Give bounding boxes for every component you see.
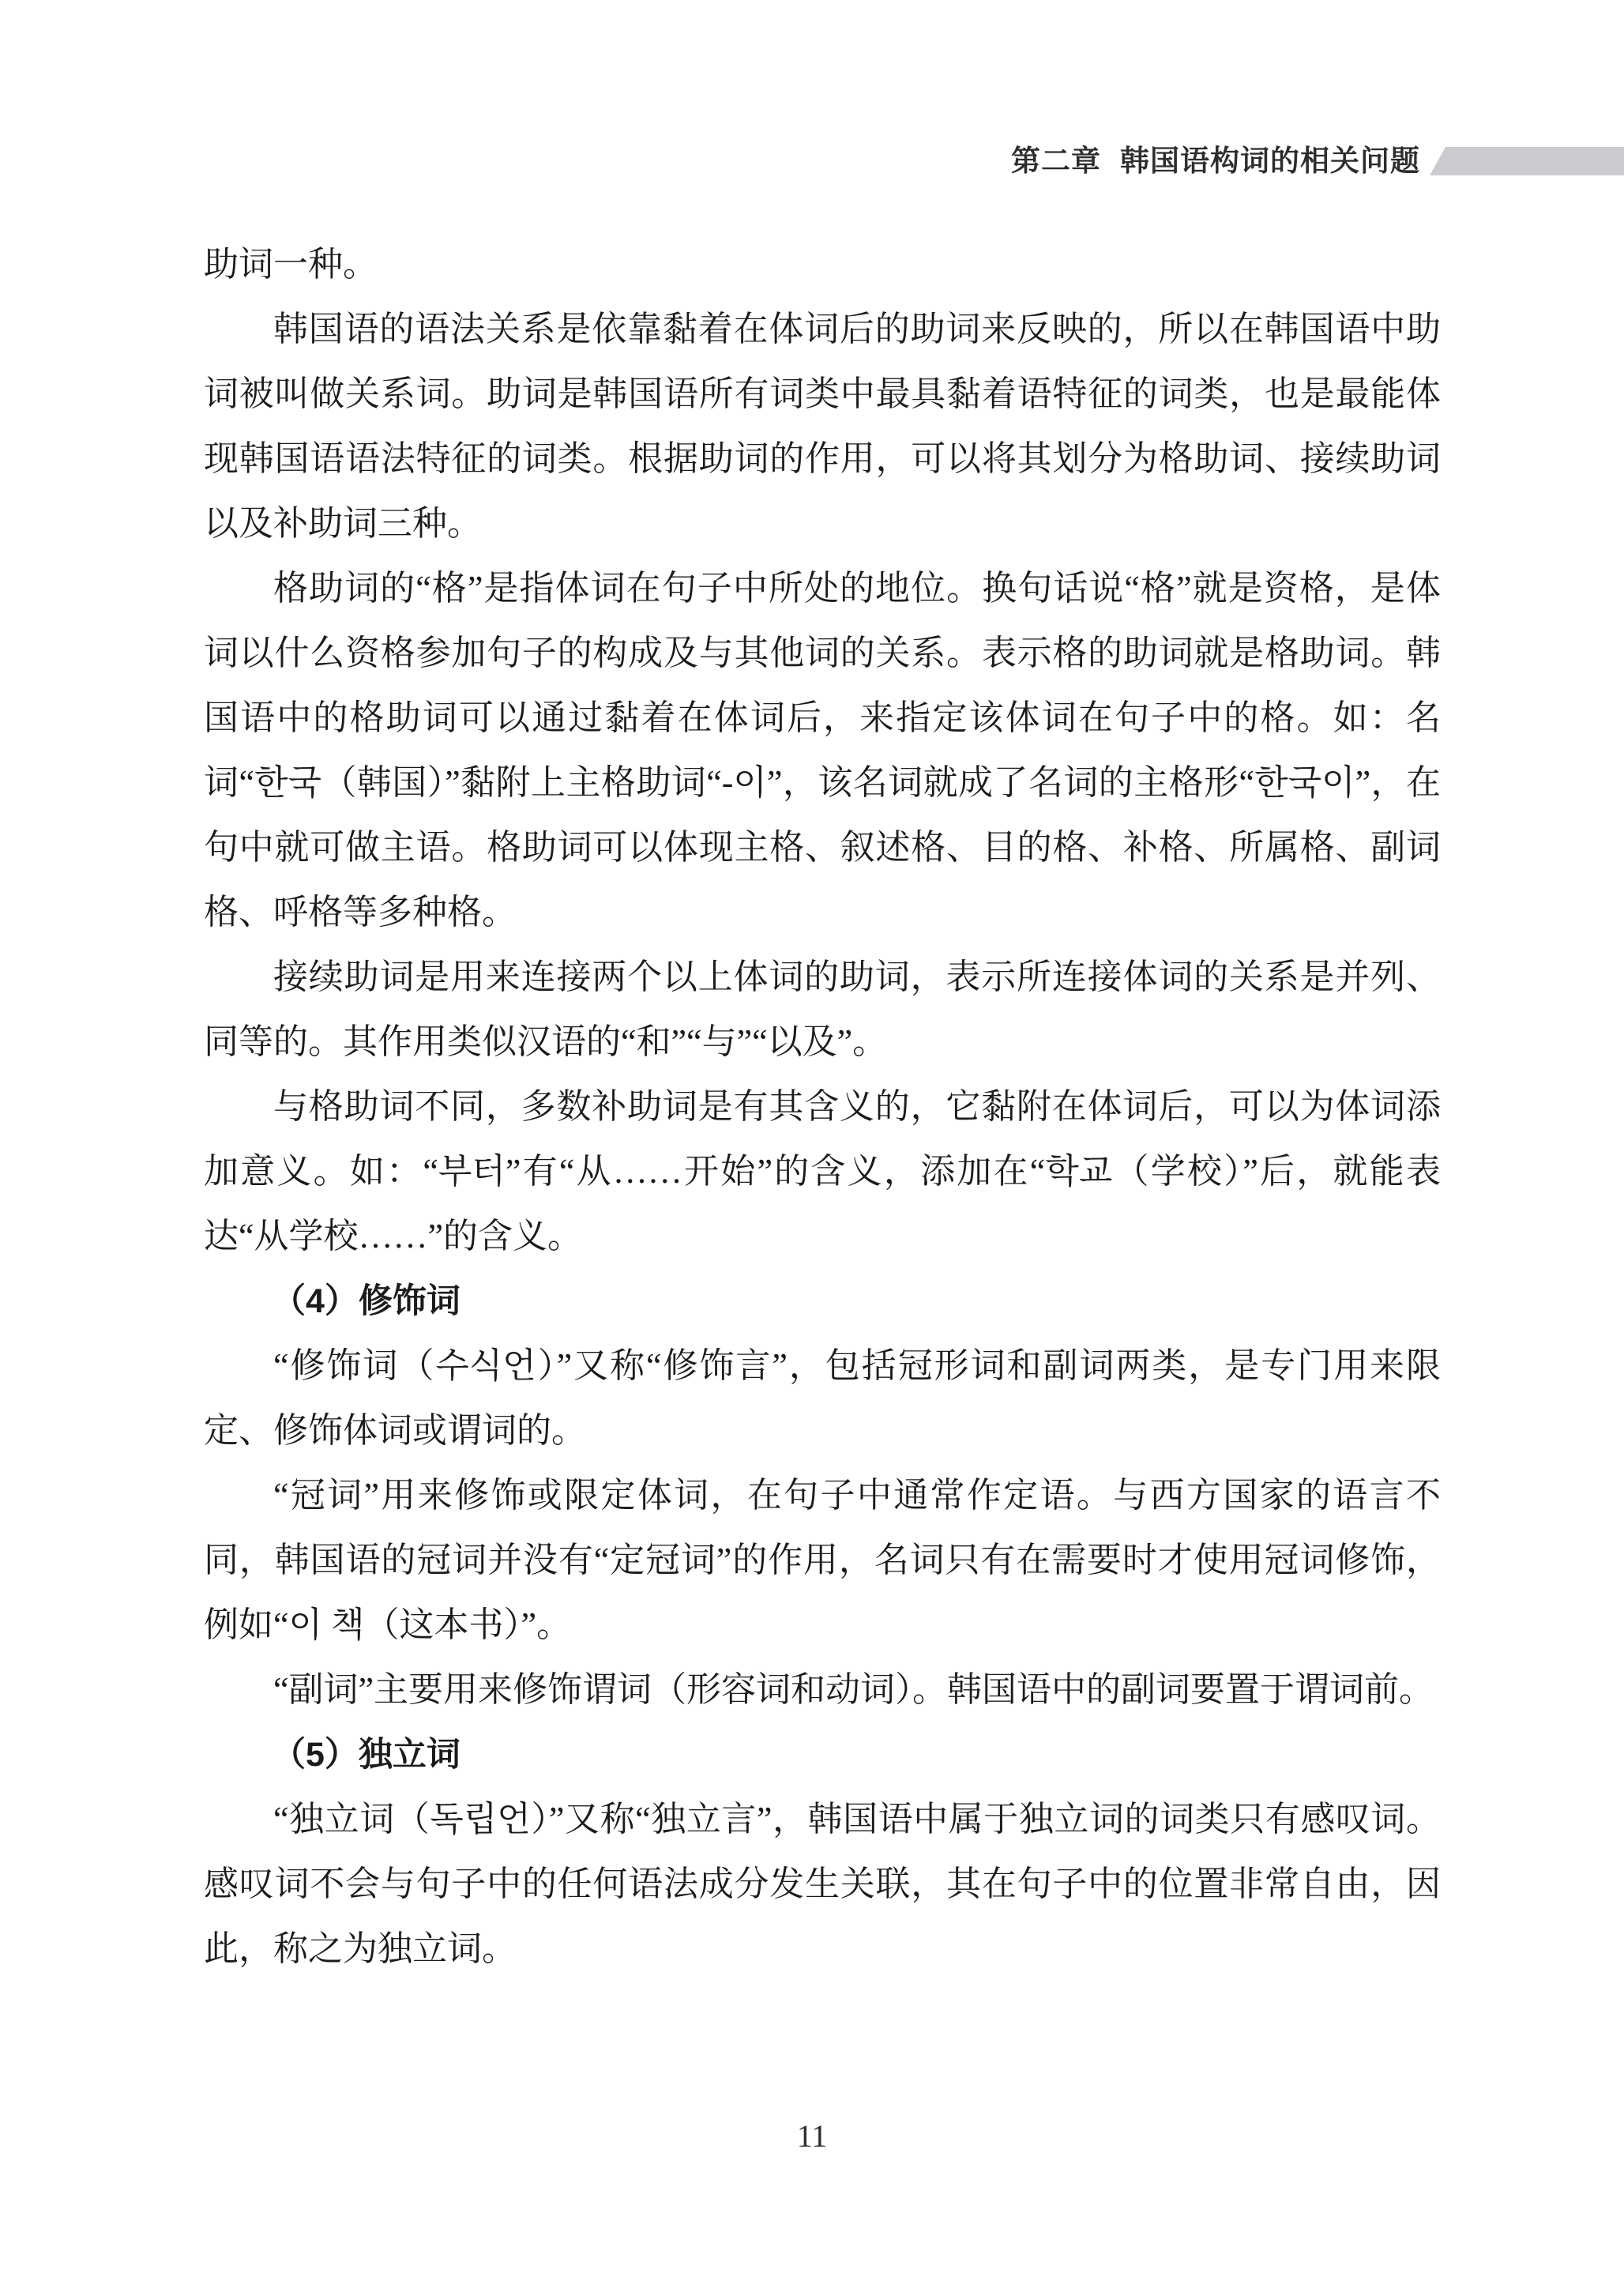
paragraph: “冠词”用来修饰或限定体词，在句子中通常作定语。与西方国家的语言不同，韩国语的冠… (204, 1463, 1441, 1658)
chapter-title: 韩国语构词的相关问题 (1120, 145, 1420, 177)
paragraph: “修饰词（수식언）”又称“修饰言”，包括冠形词和副词两类，是专门用来限定、修饰体… (204, 1334, 1441, 1463)
book-page: 第二章韩国语构词的相关问题 助词一种。韩国语的语法关系是依靠黏着在体词后的助词来… (0, 0, 1624, 2277)
section-heading: （5）独立词 (204, 1722, 1441, 1787)
body-text: 助词一种。韩国语的语法关系是依靠黏着在体词后的助词来反映的，所以在韩国语中助词被… (204, 232, 1441, 1982)
paragraph: 格助词的“格”是指体词在句子中所处的地位。换句话说“格”就是资格，是体词以什么资… (204, 556, 1441, 945)
chapter-label: 第二章 (1011, 145, 1101, 177)
section-heading: （4）修饰词 (204, 1269, 1441, 1334)
paragraph: “独立词（독립언）”又称“独立言”，韩国语中属于独立词的词类只有感叹词。感叹词不… (204, 1787, 1441, 1982)
paragraph: 韩国语的语法关系是依靠黏着在体词后的助词来反映的，所以在韩国语中助词被叫做关系词… (204, 297, 1441, 556)
header-decorative-bar (1430, 147, 1624, 175)
page-number: 11 (0, 2117, 1624, 2155)
paragraph: 与格助词不同，多数补助词是有其含义的，它黏附在体词后，可以为体词添加意义。如：“… (204, 1075, 1441, 1269)
paragraph: 接续助词是用来连接两个以上体词的助词，表示所连接体词的关系是并列、同等的。其作用… (204, 945, 1441, 1075)
paragraph: 助词一种。 (204, 232, 1441, 297)
running-header-text: 第二章韩国语构词的相关问题 (1011, 145, 1420, 177)
running-header: 第二章韩国语构词的相关问题 (0, 145, 1624, 177)
paragraph: “副词”主要用来修饰谓词（形容词和动词）。韩国语中的副词要置于谓词前。 (204, 1658, 1441, 1722)
